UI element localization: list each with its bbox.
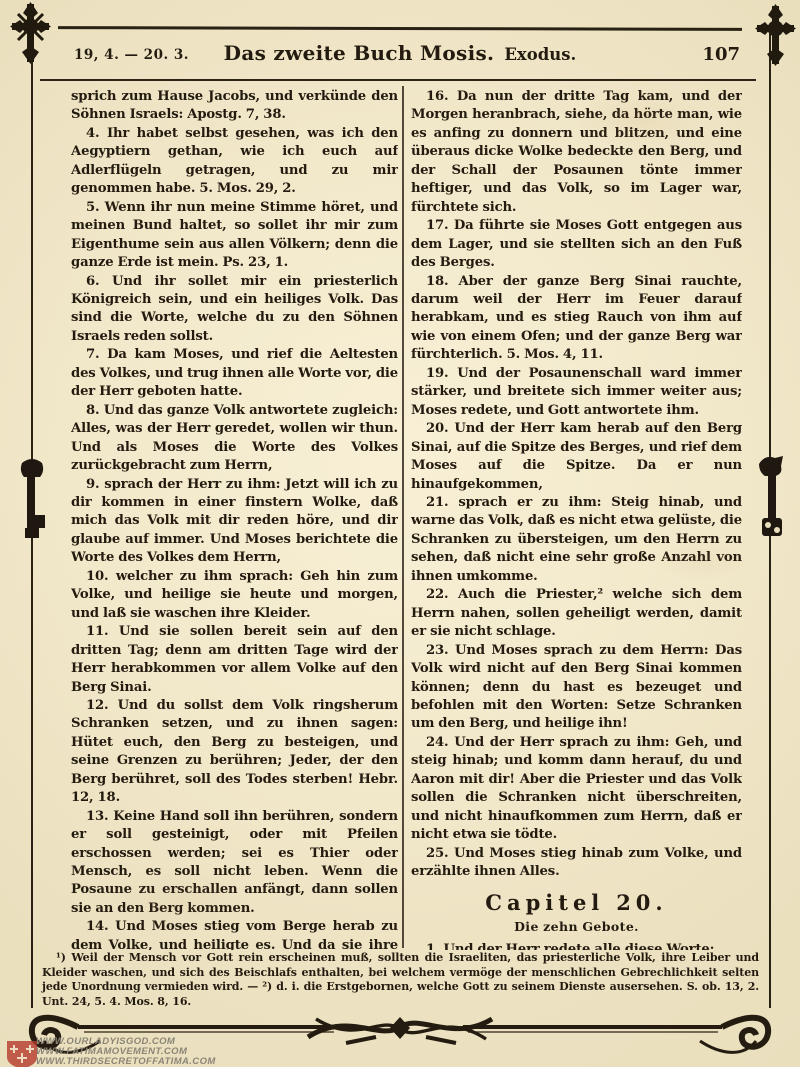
- verse-paragraph: 24. Und der Herr sprach zu ihm: Geh, und…: [411, 734, 742, 845]
- book-title: Das zweite Buch Mosis.: [224, 41, 495, 65]
- key-ornament-icon: [18, 455, 46, 555]
- verse-paragraph: 7. Da kam Moses, und rief die Aeltesten …: [71, 346, 398, 401]
- verse-paragraph: 21. sprach er zu ihm: Steig hinab, und w…: [411, 494, 742, 586]
- continuation-paragraph: sprich zum Hause Jacobs, und verkünde de…: [71, 88, 398, 125]
- verse-paragraph: 14. Und Moses stieg vom Berge herab zu d…: [71, 918, 398, 950]
- verse-paragraph: 8. Und das ganze Volk antwortete zugleic…: [71, 402, 398, 476]
- watermark-urls: WWW.OURLADYISGOD.COMWWW.FATIMAMOVEMENT.C…: [36, 1037, 216, 1067]
- verse-paragraph: 20. Und der Herr kam herab auf den Berg …: [411, 420, 742, 494]
- right-text-column: 16. Da nun der dritte Tag kam, und der M…: [411, 88, 742, 950]
- chapter-subheading: Die zehn Gebote.: [411, 918, 742, 936]
- verse-paragraph: 22. Auch die Priester,² welche sich dem …: [411, 586, 742, 641]
- verse-paragraph: 17. Da führte sie Moses Gott entgegen au…: [411, 217, 742, 272]
- verse-paragraph: 9. sprach der Herr zu ihm: Jetzt will ic…: [71, 476, 398, 568]
- crest-watermark-icon: [5, 1039, 39, 1067]
- top-border-rule: [58, 26, 742, 34]
- verse-paragraph: 6. Und ihr sollet mir ein priesterlich K…: [71, 273, 398, 347]
- header-underline-rule: [40, 79, 756, 81]
- verse-paragraph: 5. Wenn ihr nun meine Stimme höret, und …: [71, 199, 398, 273]
- verse-paragraph: 1. Und der Herr redete alle diese Worte:: [411, 941, 742, 950]
- verse-paragraph: 25. Und Moses stieg hinab zum Volke, und…: [411, 845, 742, 882]
- column-divider-rule: [402, 86, 404, 948]
- verse-paragraph: 11. Und sie sollen bereit sein auf den d…: [71, 623, 398, 697]
- verse-paragraph: 13. Keine Hand soll ihn berühren, sonder…: [71, 808, 398, 919]
- watermark-url: WWW.THIRDSECRETOFFATIMA.COM: [36, 1057, 216, 1067]
- scanned-bible-page: 19, 4. — 20. 3. Das zweite Buch Mosis.Ex…: [0, 0, 800, 1067]
- book-subtitle: Exodus.: [504, 45, 576, 64]
- verse-paragraph: 12. Und du sollst dem Volk ringsherum Sc…: [71, 697, 398, 808]
- verse-paragraph: 18. Aber der ganze Berg Sinai rauchte, d…: [411, 273, 742, 365]
- verse-paragraph: 4. Ihr habet selbst gesehen, was ich den…: [71, 125, 398, 199]
- verse-paragraph: 23. Und Moses sprach zu dem Herrn: Das V…: [411, 642, 742, 734]
- page-number: 107: [702, 44, 740, 65]
- header-title-block: Das zweite Buch Mosis.Exodus.: [0, 41, 800, 65]
- verse-paragraph: 19. Und der Posaunenschall ward immer st…: [411, 365, 742, 420]
- verse-paragraph: 10. welcher zu ihm sprach: Geh hin zum V…: [71, 568, 398, 623]
- verse-paragraph: 16. Da nun der dritte Tag kam, und der M…: [411, 88, 742, 217]
- left-text-column: sprich zum Hause Jacobs, und verkünde de…: [71, 88, 398, 950]
- key-ornament-icon: [757, 452, 785, 552]
- chapter-heading: Capitel 20.: [411, 894, 742, 912]
